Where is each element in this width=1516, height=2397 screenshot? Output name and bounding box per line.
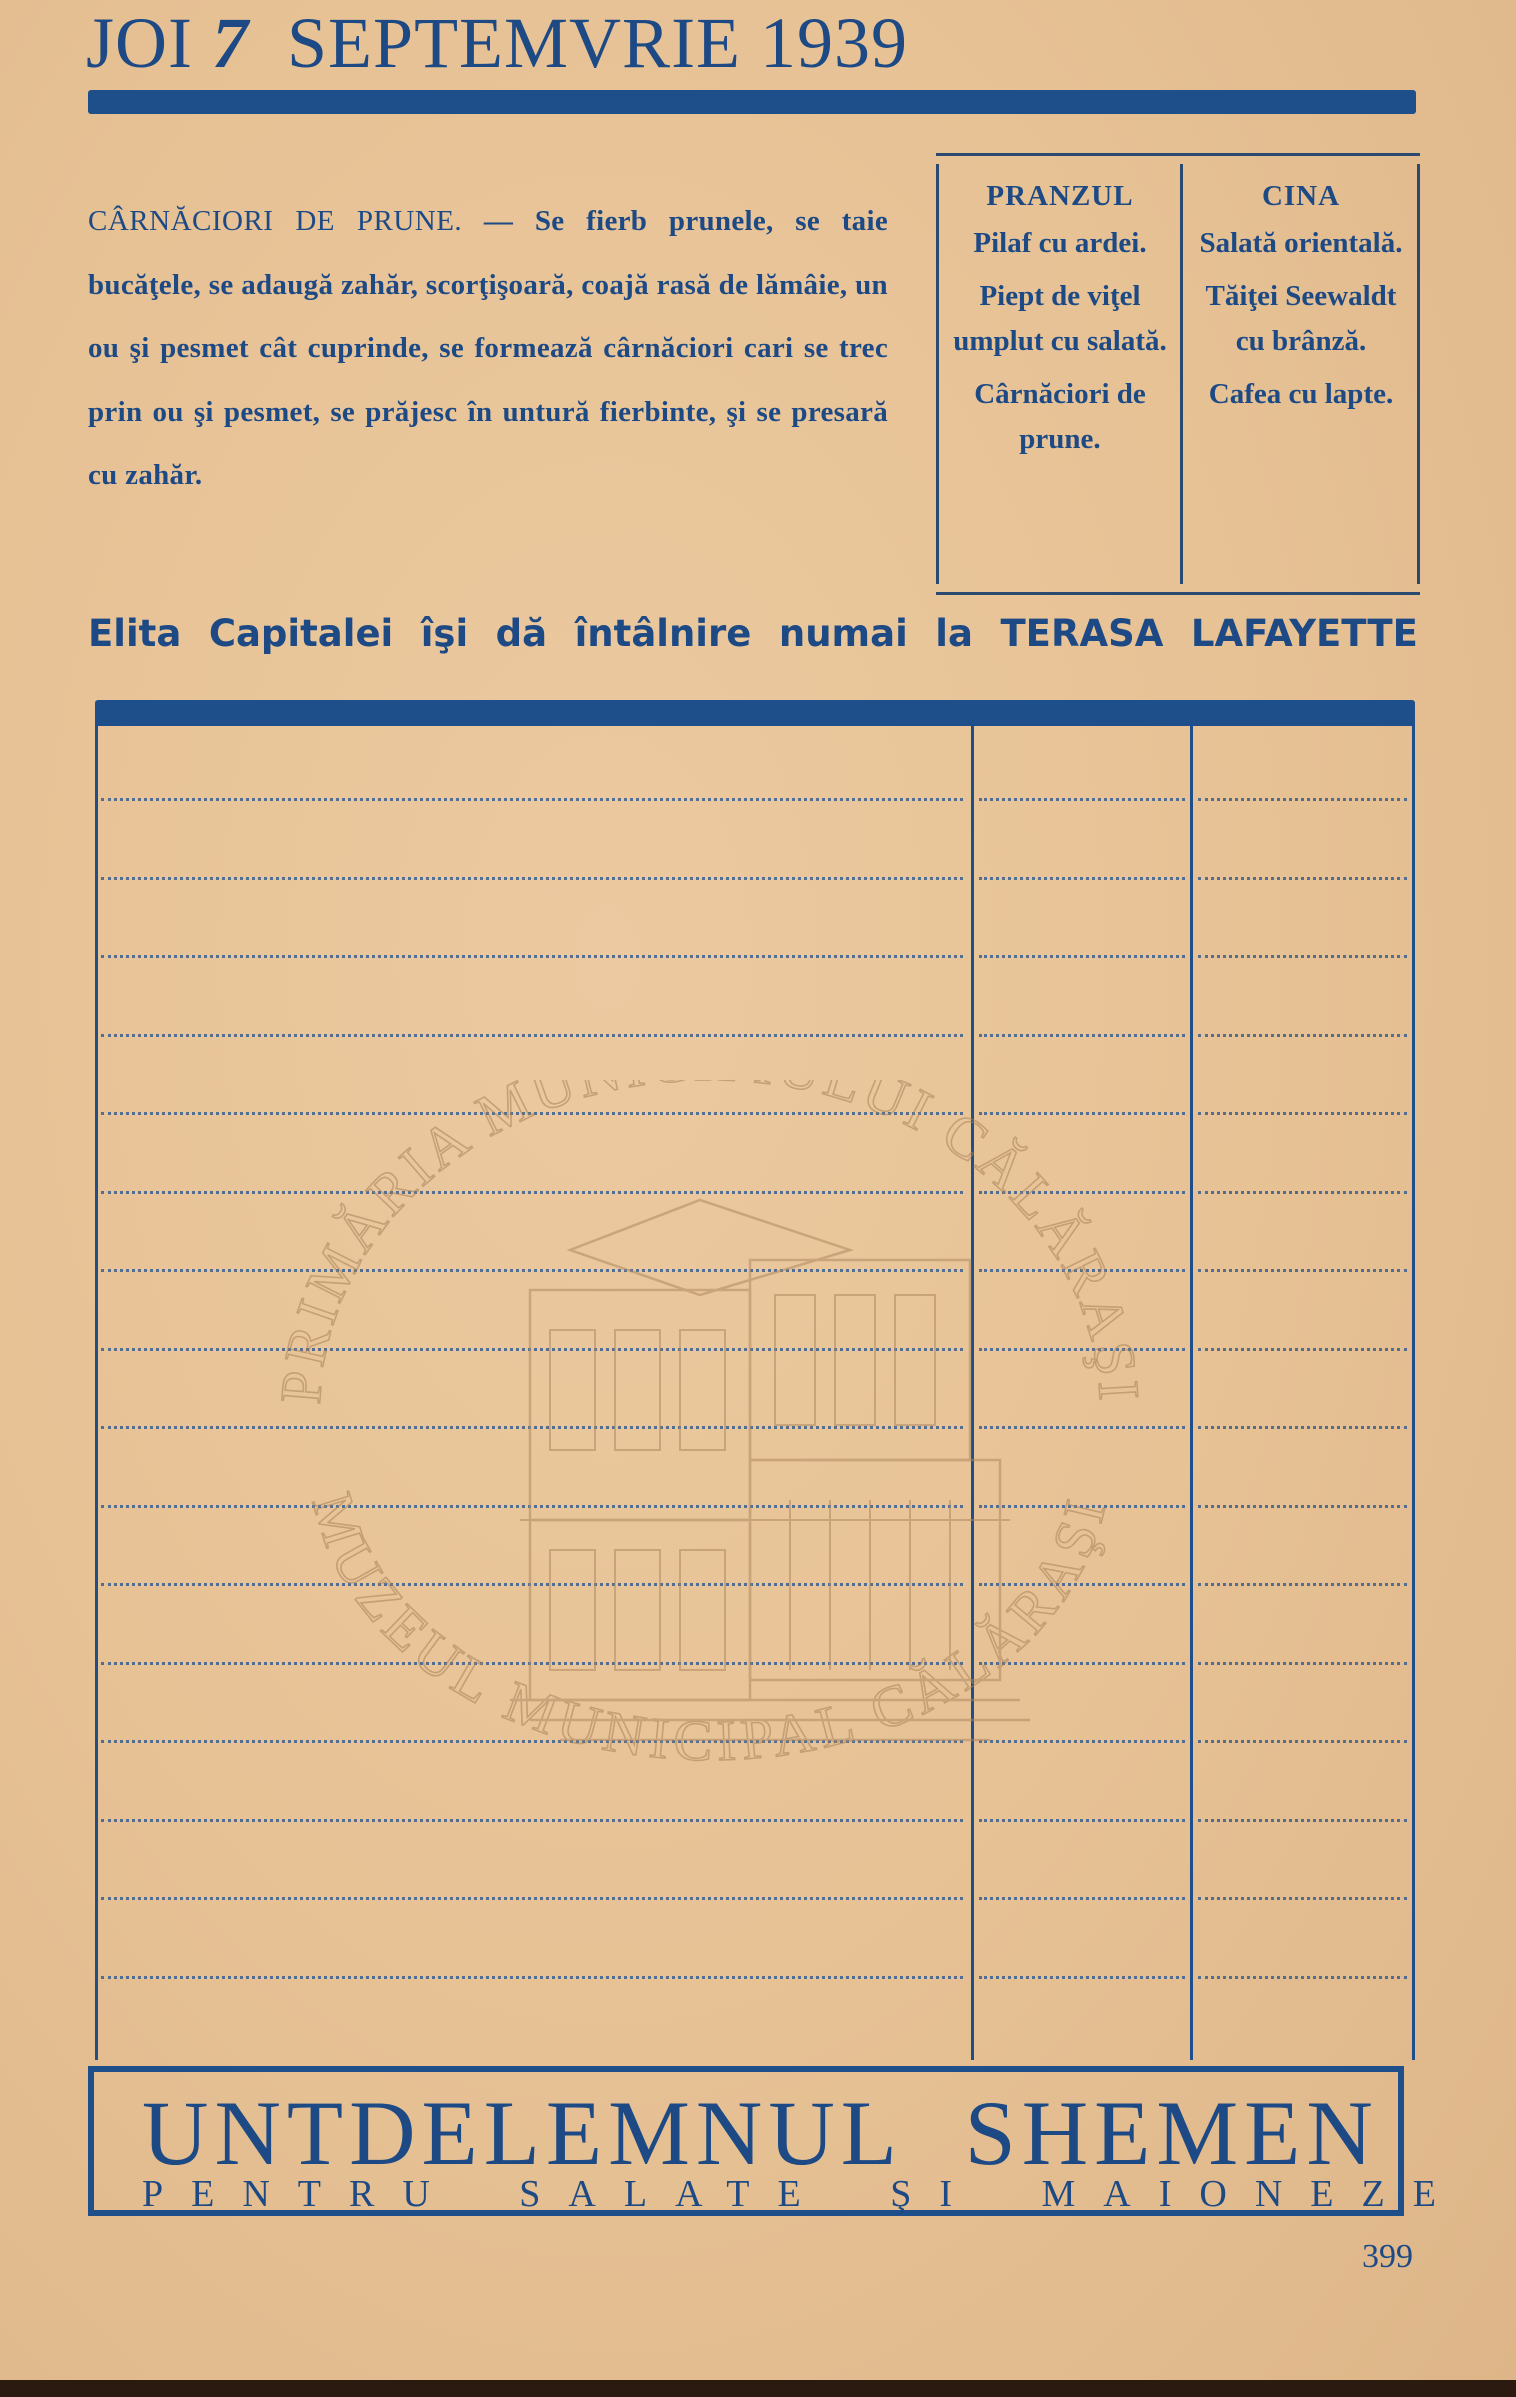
notes-row-line [1198, 955, 1407, 958]
menu-border-right [1417, 164, 1420, 584]
menu-lunch-item: Piept de viţel umplut cu salată. [942, 274, 1178, 364]
notes-row-line [1198, 1740, 1407, 1743]
notes-row-line [1198, 1583, 1407, 1586]
embossed-seal-watermark: PRIMĂRIA MUNICIPIULUI CĂLĂRAŞI MUZEUL MU… [230, 1080, 1190, 1780]
menu-dinner-item: Salată orientală. [1188, 221, 1414, 266]
notes-row-line [1198, 1897, 1407, 1900]
title-date: 7 [212, 3, 249, 83]
notes-table-header-bar [95, 700, 1415, 726]
title-day: JOI [86, 3, 193, 83]
menu-dinner-heading: CINA [1188, 174, 1414, 219]
notes-row-line [979, 1034, 1185, 1037]
menu-border-left [936, 164, 939, 584]
menu-lunch-column: PRANZUL Pilaf cu ardei. Piept de viţel u… [942, 174, 1178, 470]
notes-divider-2 [1190, 720, 1193, 2060]
daily-menu-table: PRANZUL Pilaf cu ardei. Piept de viţel u… [936, 153, 1420, 595]
notes-row-line [979, 877, 1185, 880]
notes-row-line [979, 798, 1185, 801]
notes-row-line [979, 1976, 1185, 1979]
menu-lunch-heading: PRANZUL [942, 174, 1178, 219]
tagline-word: LAFAYETTE [1191, 612, 1418, 655]
shemen-oil-advertisement: UNTDELEMNUL SHEMEN PENTRU SALATE ŞI MAIO… [88, 2066, 1404, 2216]
notes-row-line [101, 798, 963, 801]
advert-tagline: Elita Capitalei îşi dă întâlnire numai l… [88, 612, 1418, 655]
notes-border-left [95, 720, 98, 2060]
svg-text:PRIMĂRIA MUNICIPIULUI CĂLĂRAŞI: PRIMĂRIA MUNICIPIULUI CĂLĂRAŞI [268, 1080, 1152, 1406]
tagline-word: TERASA [1000, 612, 1163, 655]
recipe-heading: CÂRNĂCIORI DE PRUNE. [88, 205, 462, 237]
tagline-word: dă [496, 612, 547, 655]
notes-row-line [1198, 798, 1407, 801]
menu-dinner-column: CINA Salată orientală. Tăiţei Seewaldt c… [1188, 174, 1414, 425]
title-rule [88, 90, 1416, 114]
notes-row-line [1198, 1426, 1407, 1429]
notes-row-line [1198, 1505, 1407, 1508]
notes-row-line [1198, 877, 1407, 880]
notes-row-line [1198, 1348, 1407, 1351]
tagline-word: Capitalei [209, 612, 393, 655]
notes-row-line [1198, 1976, 1407, 1979]
seal-bottom-text: MUZEUL MUNICIPAL CĂLĂRAŞI [300, 1485, 1120, 1773]
notes-row-line [1198, 1819, 1407, 1822]
notes-row-line [1198, 1269, 1407, 1272]
page-title: JOI 7 SEPTEMVRIE 1939 [86, 2, 908, 85]
seal-top-text: PRIMĂRIA MUNICIPIULUI CĂLĂRAŞI [268, 1080, 1152, 1406]
page-bottom-edge [0, 2380, 1516, 2397]
recipe-body: — Se fierb prunele, se taie bucăţele, se… [88, 205, 888, 491]
notes-border-right [1412, 720, 1415, 2060]
notes-row-line [979, 955, 1185, 958]
menu-divider [1180, 164, 1183, 584]
ad-subline: PENTRU SALATE ŞI MAIONEZE [142, 2172, 1362, 2216]
tagline-word: la [935, 612, 973, 655]
title-month-year: SEPTEMVRIE 1939 [287, 3, 908, 83]
notes-row-line [101, 1976, 963, 1979]
notes-row-line [1198, 1112, 1407, 1115]
notes-row-line [101, 1819, 963, 1822]
menu-lunch-item: Pilaf cu ardei. [942, 221, 1178, 266]
notes-row-line [1198, 1191, 1407, 1194]
notes-row-line [101, 1034, 963, 1037]
tagline-word: Elita [88, 612, 181, 655]
notes-row-line [101, 1897, 963, 1900]
menu-dinner-item: Cafea cu lapte. [1188, 372, 1414, 417]
svg-text:MUZEUL MUNICIPAL CĂLĂRAŞI: MUZEUL MUNICIPAL CĂLĂRAŞI [300, 1485, 1120, 1773]
notes-row-line [1198, 1662, 1407, 1665]
notes-row-line [101, 877, 963, 880]
recipe-text: CÂRNĂCIORI DE PRUNE. — Se fierb prunele,… [88, 190, 888, 508]
menu-lunch-item: Cârnăciori de prune. [942, 372, 1178, 462]
notes-row-line [101, 955, 963, 958]
notes-row-line [979, 1819, 1185, 1822]
notes-row-line [979, 1897, 1185, 1900]
menu-dinner-item: Tăiţei Seewaldt cu brânză. [1188, 274, 1414, 364]
notes-row-line [1198, 1034, 1407, 1037]
tagline-word: numai [779, 612, 908, 655]
page-number: 399 [1362, 2238, 1413, 2276]
ad-headline: UNTDELEMNUL SHEMEN [142, 2080, 1379, 2186]
tagline-word: îşi [421, 612, 468, 655]
tagline-word: întâlnire [575, 612, 752, 655]
